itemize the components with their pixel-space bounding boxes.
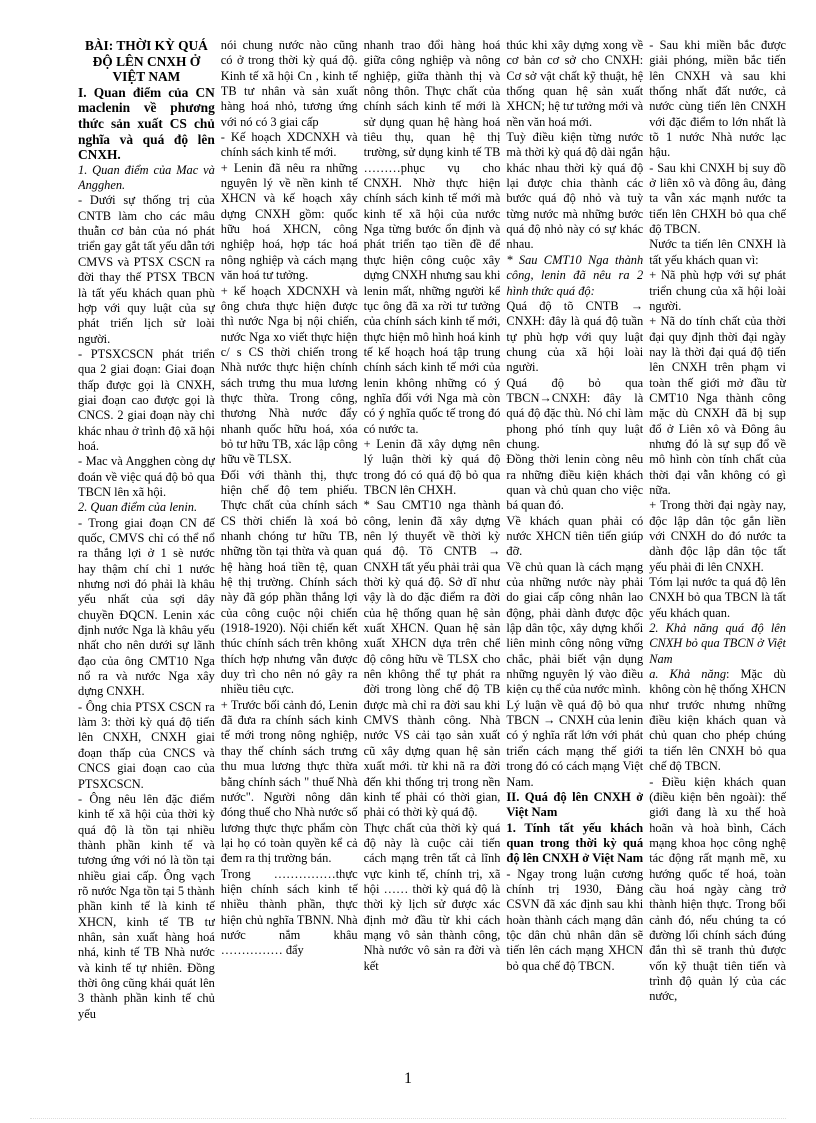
paragraph: - Trong giai đoạn CN đế quốc, CMVS chỉ c… [78,516,215,700]
page-bottom-divider [30,1118,786,1119]
paragraph: - Ông nêu lên đặc điểm kinh tế xã hội củ… [78,792,215,1022]
paragraph: + kế hoạch XDCNXH và ông chưa thực hiện … [221,284,358,468]
paragraph: - Dưới sự thống trị của CNTB làm cho các… [78,193,215,346]
page-number: 1 [0,1070,816,1088]
section-heading: 2. Khả năng quá độ lên CNXH bỏ qua TBCN … [649,621,786,667]
paragraph: Trong ……………thực hiện chính sách kinh tế … [221,867,358,959]
paragraph: Về chủ quan là cách mạng của những nước … [506,560,643,698]
document-page: BÀI: THỜI KỲ QUÁ ĐỘ LÊN CNXH Ở VIỆT NAMI… [0,0,816,1123]
paragraph: Về khách quan phải có nước XHCN tiên tiế… [506,514,643,560]
paragraph: + Trong thời đại ngày nay, độc lập dân t… [649,498,786,575]
section-heading: 1. Quan điểm của Mac và Angghen. [78,163,215,194]
paragraph: - PTSXCSCN phát triển qua 2 giai đoạn: G… [78,347,215,454]
paragraph: Tuỳ điều kiện từng nước mà thời kỳ quá đ… [506,130,643,253]
paragraph: - Điều kiện khách quan (điều kiện bên ng… [649,775,786,1005]
section-heading: 1. Tính tất yếu khách quan trong thời kỳ… [506,821,643,867]
paragraph: - Kế hoạch XDCNXH và chính sách kinh tế … [221,130,358,161]
paragraph: Quá độ bỏ qua TBCN→CNXH: đây là quá độ đ… [506,376,643,453]
paragraph: - Sau khi CNXH bị suy đồ ở liên xô và đô… [649,161,786,238]
paragraph: + Lenin đã nêu ra những nguyên lý về nền… [221,161,358,284]
paragraph: Lý luận về quá độ bỏ qua TBCN → CNXH của… [506,698,643,790]
paragraph-text: : Mặc dù không còn hệ thống XHCN như trư… [649,667,786,773]
section-heading: * Sau CMT10 Nga thành công, lenin đã nêu… [506,253,643,299]
paragraph: thúc khi xây dựng xong về cơ bản cơ sở c… [506,38,643,130]
paragraph: nói chung nước nào cũng có ở trong thời … [221,38,358,130]
paragraph: Nước ta tiến lên CNXH là tất yếu khách q… [649,237,786,268]
paragraph: + Lenin đã xây dựng nên lý luận thời kỳ … [364,437,501,498]
paragraph: Đối với thành thị, thực hiện chế độ tem … [221,468,358,698]
paragraph: - Sau khi miền bắc được giải phóng, miền… [649,38,786,161]
paragraph: a. Khả năng: Mặc dù không còn hệ thống X… [649,667,786,774]
paragraph: - Ngay trong luận cương chính trị 1930, … [506,867,643,974]
column-1: BÀI: THỜI KỲ QUÁ ĐỘ LÊN CNXH Ở VIỆT NAMI… [78,38,215,1068]
paragraph: Thực chất của thời kỳ quá độ này là cuộc… [364,821,501,974]
document-title: BÀI: THỜI KỲ QUÁ ĐỘ LÊN CNXH Ở VIỆT NAM [78,38,215,85]
section-heading: II. Quá độ lên CNXH ở Việt Nam [506,790,643,821]
column-3: nhanh trao đổi hàng hoá giữa công nghiệp… [364,38,501,1068]
column-2: nói chung nước nào cũng có ở trong thời … [221,38,358,1068]
paragraph: Đồng thời lenin còng nêu ra những điều k… [506,452,643,513]
paragraph: + Nã phù hợp với sự phát triển chung của… [649,268,786,314]
section-heading: 2. Quan điểm của lenin. [78,500,215,515]
paragraph: * Sau CMT10 nga thành công, lenin đã xây… [364,498,501,820]
column-5: - Sau khi miền bắc được giải phóng, miền… [649,38,786,1068]
paragraph: - Mac và Angghen còng dự đoán về việc qu… [78,454,215,500]
paragraph: nhanh trao đổi hàng hoá giữa công nghiệp… [364,38,501,437]
paragraph: - Ông chia PTSX CSCN ra làm 3: thời kỳ q… [78,700,215,792]
column-4: thúc khi xây dựng xong về cơ bản cơ sở c… [506,38,643,1068]
text-columns: BÀI: THỜI KỲ QUÁ ĐỘ LÊN CNXH Ở VIỆT NAMI… [78,38,786,1068]
inline-subheading: a. Khả năng [649,667,726,681]
paragraph: Tóm lại nước ta quá độ lên CNXH bỏ qua T… [649,575,786,621]
paragraph: + Nã do tính chất của thời đại quy định … [649,314,786,498]
paragraph: + Trước bối cảnh đó, Lenin đã đưa ra chí… [221,698,358,867]
section-heading: I. Quan điểm của CN maclenin về phương t… [78,85,215,163]
paragraph: Quá độ tõ CNTB → CNXH: đây là quá độ tuầ… [506,299,643,376]
